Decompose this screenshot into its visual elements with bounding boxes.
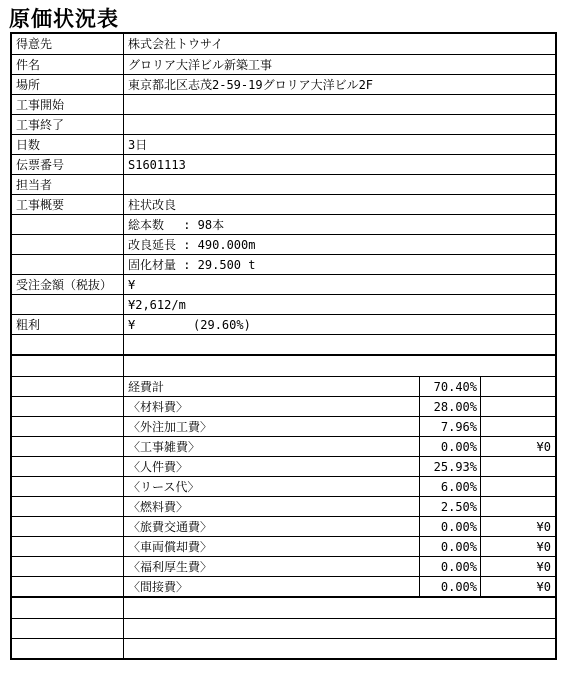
report-page: 原価状況表 得意先 株式会社トウサイ 件名 グロリア大洋ビル新築工事 場所 東京… xyxy=(0,0,569,695)
table-row: 件名 グロリア大洋ビル新築工事 xyxy=(12,54,555,74)
row-value-cell: 3日 xyxy=(124,135,555,154)
expense-percent-cell: 7.96% xyxy=(420,417,481,436)
row-label-cell: 場所 xyxy=(12,75,124,94)
table-row: 工事終了 xyxy=(12,114,555,134)
row-value-cell xyxy=(124,598,555,618)
expense-item-cell: 経費計 xyxy=(124,377,420,396)
table-row: 工事開始 xyxy=(12,94,555,114)
expense-amount-cell: ¥0 xyxy=(481,557,555,576)
row-value-cell xyxy=(124,335,555,354)
row-value-cell xyxy=(124,619,555,638)
table-row xyxy=(12,638,555,658)
expense-percent-cell: 28.00% xyxy=(420,397,481,416)
expense-amount-cell: ¥0 xyxy=(481,537,555,556)
row-label-cell: 得意先 xyxy=(12,34,124,54)
table-row: 日数 3日 xyxy=(12,134,555,154)
table-row: 改良延長 : 490.000m xyxy=(12,234,555,254)
row-value-cell xyxy=(124,356,555,376)
expense-item-cell: 〈材料費〉 xyxy=(124,397,420,416)
row-label-cell xyxy=(12,377,124,396)
row-label-cell: 工事終了 xyxy=(12,115,124,134)
row-label-cell: 工事概要 xyxy=(12,195,124,214)
expense-amount-cell xyxy=(481,417,555,436)
expense-item-cell: 〈工事雑費〉 xyxy=(124,437,420,456)
expense-item-cell: 〈旅費交通費〉 xyxy=(124,517,420,536)
expense-percent-cell: 0.00% xyxy=(420,537,481,556)
table-row: 総本数 : 98本 xyxy=(12,214,555,234)
expense-row: 〈リース代〉 6.00% xyxy=(12,476,555,496)
section-footer-blank xyxy=(12,598,555,658)
row-label-cell xyxy=(12,477,124,496)
cost-status-table: 得意先 株式会社トウサイ 件名 グロリア大洋ビル新築工事 場所 東京都北区志茂2… xyxy=(10,32,557,660)
row-label-cell xyxy=(12,557,124,576)
expense-amount-cell xyxy=(481,457,555,476)
expense-item-cell: 〈燃料費〉 xyxy=(124,497,420,516)
expense-row: 〈外注加工費〉 7.96% xyxy=(12,416,555,436)
table-row: 工事概要 柱状改良 xyxy=(12,194,555,214)
table-row xyxy=(12,356,555,376)
row-label-cell xyxy=(12,335,124,354)
row-value-cell: グロリア大洋ビル新築工事 xyxy=(124,55,555,74)
table-row xyxy=(12,618,555,638)
expense-row: 〈旅費交通費〉 0.00% ¥0 xyxy=(12,516,555,536)
expense-percent-cell: 70.40% xyxy=(420,377,481,396)
expense-percent-cell: 25.93% xyxy=(420,457,481,476)
table-row: 担当者 xyxy=(12,174,555,194)
expense-item-cell: 〈間接費〉 xyxy=(124,577,420,596)
expense-percent-cell: 0.00% xyxy=(420,557,481,576)
expense-row: 〈材料費〉 28.00% xyxy=(12,396,555,416)
expense-amount-cell xyxy=(481,477,555,496)
row-value-cell xyxy=(124,115,555,134)
row-label-cell: 粗利 xyxy=(12,315,124,334)
row-label-cell xyxy=(12,417,124,436)
table-row: 得意先 株式会社トウサイ xyxy=(12,34,555,54)
row-label-cell: 日数 xyxy=(12,135,124,154)
expense-amount-cell xyxy=(481,497,555,516)
table-row: 粗利 ¥ (29.60%) xyxy=(12,314,555,334)
expense-percent-cell: 0.00% xyxy=(420,437,481,456)
expense-percent-cell: 0.00% xyxy=(420,517,481,536)
row-value-cell: 総本数 : 98本 xyxy=(124,215,555,234)
row-label-cell: 担当者 xyxy=(12,175,124,194)
row-value-cell: 改良延長 : 490.000m xyxy=(124,235,555,254)
row-label-cell xyxy=(12,397,124,416)
row-label-cell xyxy=(12,619,124,638)
expense-row: 〈間接費〉 0.00% ¥0 xyxy=(12,576,555,596)
expense-amount-cell: ¥0 xyxy=(481,437,555,456)
expense-row: 〈車両償却費〉 0.00% ¥0 xyxy=(12,536,555,556)
section-expense-breakdown: 経費計 70.40% 〈材料費〉 28.00% 〈外注加工費〉 7.96% 〈工… xyxy=(12,356,555,598)
expense-percent-cell: 2.50% xyxy=(420,497,481,516)
row-label-cell xyxy=(12,235,124,254)
page-title: 原価状況表 xyxy=(9,3,119,33)
row-value-cell: 株式会社トウサイ xyxy=(124,34,555,54)
expense-row: 〈福利厚生費〉 0.00% ¥0 xyxy=(12,556,555,576)
expense-amount-cell: ¥0 xyxy=(481,577,555,596)
row-label-cell xyxy=(12,356,124,376)
expense-amount-cell xyxy=(481,397,555,416)
row-label-cell xyxy=(12,457,124,476)
row-label-cell: 受注金額（税抜） xyxy=(12,275,124,294)
expense-item-cell: 〈外注加工費〉 xyxy=(124,417,420,436)
row-label-cell xyxy=(12,437,124,456)
row-value-cell: 柱状改良 xyxy=(124,195,555,214)
row-label-cell xyxy=(12,517,124,536)
row-value-cell: 東京都北区志茂2-59-19グロリア大洋ビル2F xyxy=(124,75,555,94)
row-label-cell xyxy=(12,255,124,274)
expense-amount-cell xyxy=(481,377,555,396)
expense-row: 〈工事雑費〉 0.00% ¥0 xyxy=(12,436,555,456)
row-value-cell: ¥2,612/m xyxy=(124,295,555,314)
table-row: ¥2,612/m xyxy=(12,294,555,314)
expense-item-cell: 〈車両償却費〉 xyxy=(124,537,420,556)
expense-percent-cell: 6.00% xyxy=(420,477,481,496)
expense-percent-cell: 0.00% xyxy=(420,577,481,596)
expense-item-cell: 〈福利厚生費〉 xyxy=(124,557,420,576)
expense-item-cell: 〈リース代〉 xyxy=(124,477,420,496)
row-value-cell xyxy=(124,175,555,194)
row-value-cell: ¥ (29.60%) xyxy=(124,315,555,334)
row-label-cell xyxy=(12,598,124,618)
expense-row: 〈人件費〉 25.93% xyxy=(12,456,555,476)
table-row: 伝票番号 S1601113 xyxy=(12,154,555,174)
row-value-cell xyxy=(124,95,555,114)
row-value-cell: ¥ xyxy=(124,275,555,294)
table-row xyxy=(12,334,555,354)
expense-row: 〈燃料費〉 2.50% xyxy=(12,496,555,516)
table-row: 固化材量 : 29.500 t xyxy=(12,254,555,274)
table-row: 受注金額（税抜） ¥ xyxy=(12,274,555,294)
row-label-cell: 伝票番号 xyxy=(12,155,124,174)
expense-item-cell: 〈人件費〉 xyxy=(124,457,420,476)
row-label-cell xyxy=(12,639,124,658)
row-label-cell xyxy=(12,497,124,516)
section-project-info: 得意先 株式会社トウサイ 件名 グロリア大洋ビル新築工事 場所 東京都北区志茂2… xyxy=(12,34,555,356)
expense-amount-cell: ¥0 xyxy=(481,517,555,536)
table-row: 場所 東京都北区志茂2-59-19グロリア大洋ビル2F xyxy=(12,74,555,94)
row-label-cell xyxy=(12,537,124,556)
row-value-cell xyxy=(124,639,555,658)
row-label-cell: 件名 xyxy=(12,55,124,74)
row-label-cell xyxy=(12,295,124,314)
row-value-cell: S1601113 xyxy=(124,155,555,174)
row-value-cell: 固化材量 : 29.500 t xyxy=(124,255,555,274)
table-row xyxy=(12,598,555,618)
expense-row: 経費計 70.40% xyxy=(12,376,555,396)
row-label-cell: 工事開始 xyxy=(12,95,124,114)
row-label-cell xyxy=(12,577,124,596)
row-label-cell xyxy=(12,215,124,234)
